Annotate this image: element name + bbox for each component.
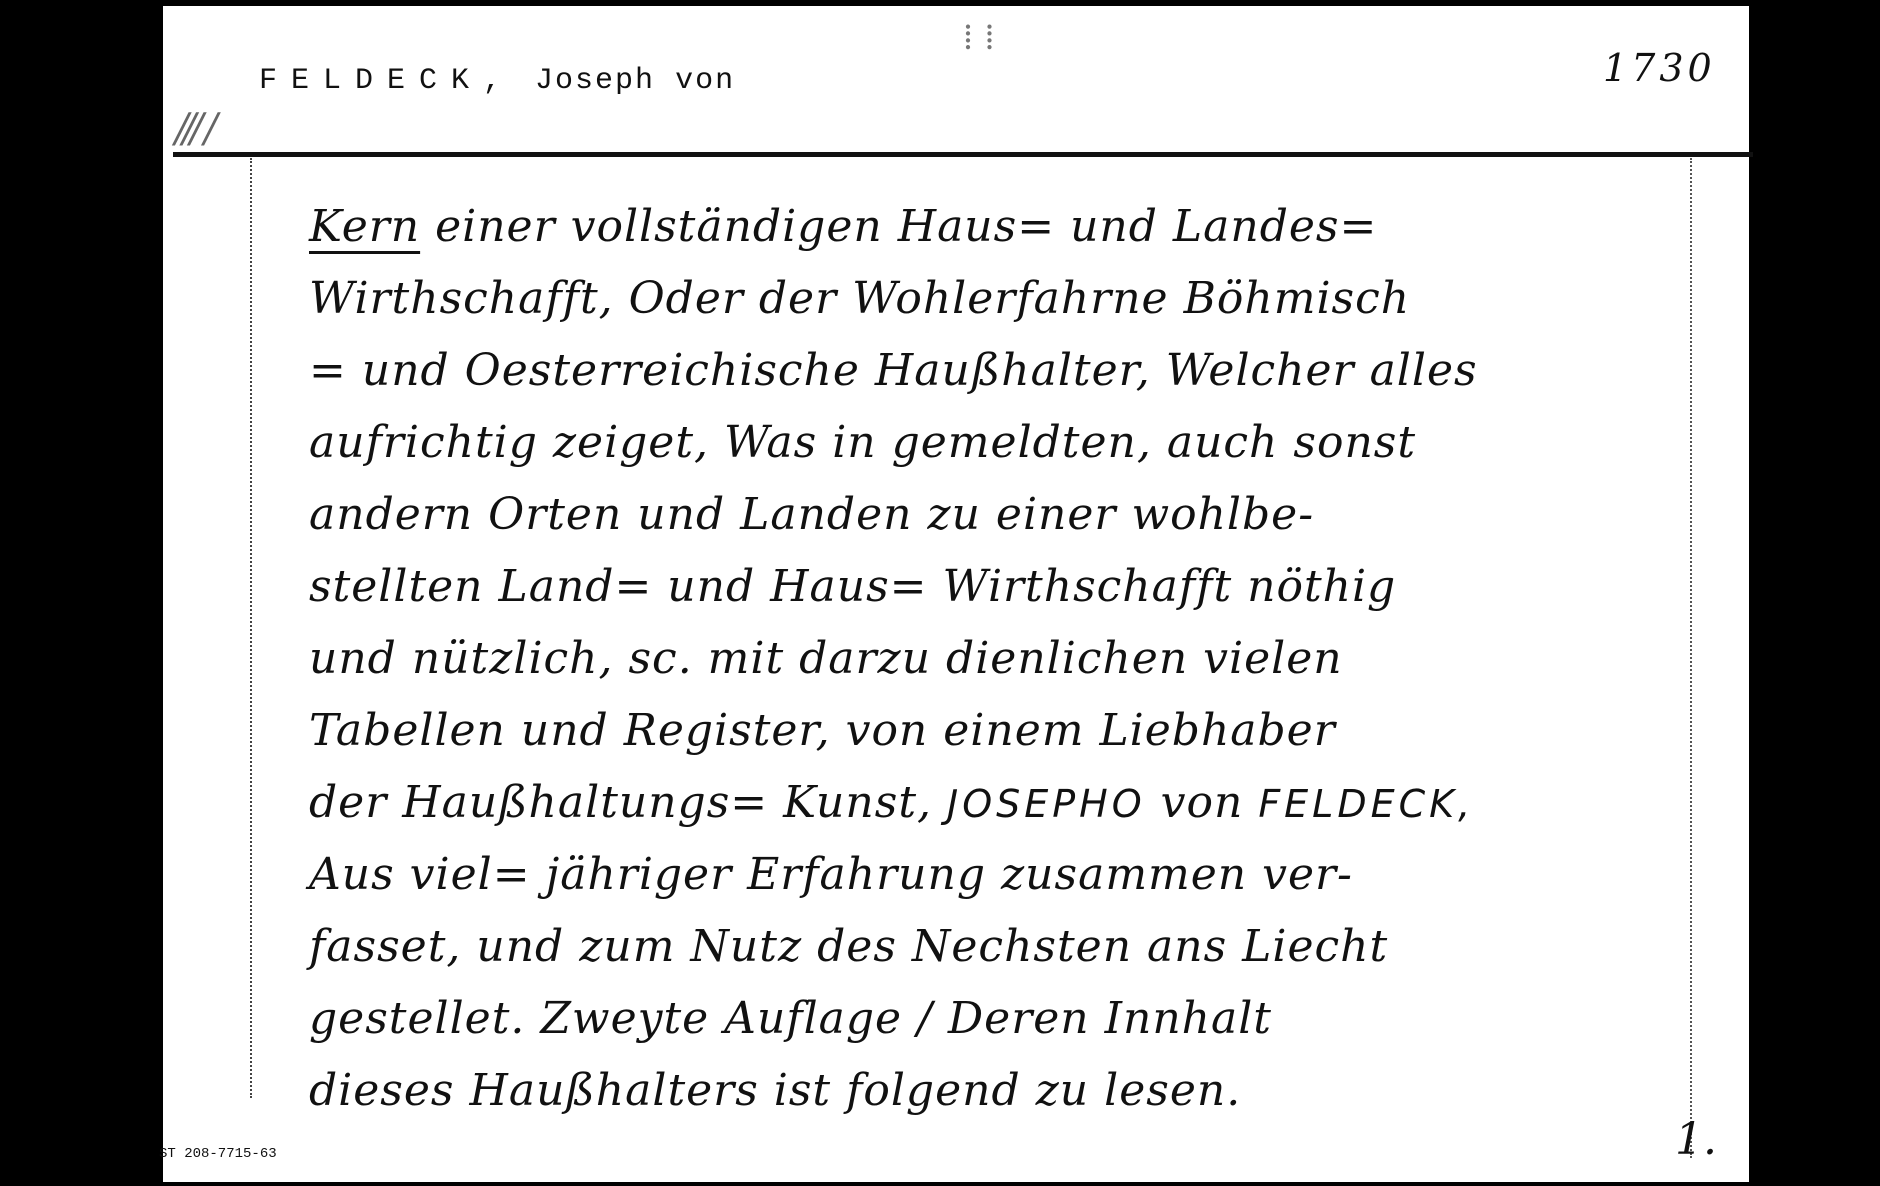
text-line: Wirthschafft, Oder der Wohlerfahrne Böhm… [309,263,1699,335]
card-sequence-number: 1. [1675,1114,1717,1165]
handwritten-title-entry: Kern einer vollständigen Haus= und Lande… [309,191,1699,1127]
catalog-card: /// / ⁞ ⁞ FELDECK, Joseph von 1730 Kern … [163,6,1749,1182]
scan-border [1750,0,1880,1186]
text-line: Kern einer vollständigen Haus= und Lande… [309,191,1699,263]
text-line: der Haußhaltungs= Kunst, JOSEPHO von FEL… [309,767,1699,839]
given-name: Joseph von [535,64,735,98]
left-margin-line [250,158,252,1098]
text-line: gestellet. Zweyte Auflage / Deren Innhal… [309,983,1699,1055]
scan-artifact: ⁞ ⁞ [963,16,994,58]
surname: FELDECK, [259,64,515,98]
text-line: und nützlich, sc. mit darzu dienlichen v… [309,623,1699,695]
author-name: JOSEPHO [947,782,1146,826]
pencil-marks: /// / [175,106,212,152]
text-line: fasset, und zum Nutz des Nechsten ans Li… [309,911,1699,983]
text-line: aufrichtig zeiget, Was in gemeldten, auc… [309,407,1699,479]
text-line: dieses Haußhalters ist folgend zu lesen. [309,1055,1699,1127]
microfilm-code: ST 208-7715-63 [159,1146,277,1162]
text-line: stellten Land= und Haus= Wirthschafft nö… [309,551,1699,623]
text-line: andern Orten und Landen zu einer wohlbe- [309,479,1699,551]
underlined-first-word: Kern [309,201,420,252]
text-line: Tabellen und Register, von einem Liebhab… [309,695,1699,767]
text-line: = und Oesterreichische Haußhalter, Welch… [309,335,1699,407]
card-heading: FELDECK, Joseph von [259,64,735,98]
text-line: Aus viel= jähriger Erfahrung zusammen ve… [309,839,1699,911]
header-divider [173,152,1753,157]
author-surname: FELDECK, [1258,782,1474,826]
catalog-number: 1730 [1603,46,1716,90]
